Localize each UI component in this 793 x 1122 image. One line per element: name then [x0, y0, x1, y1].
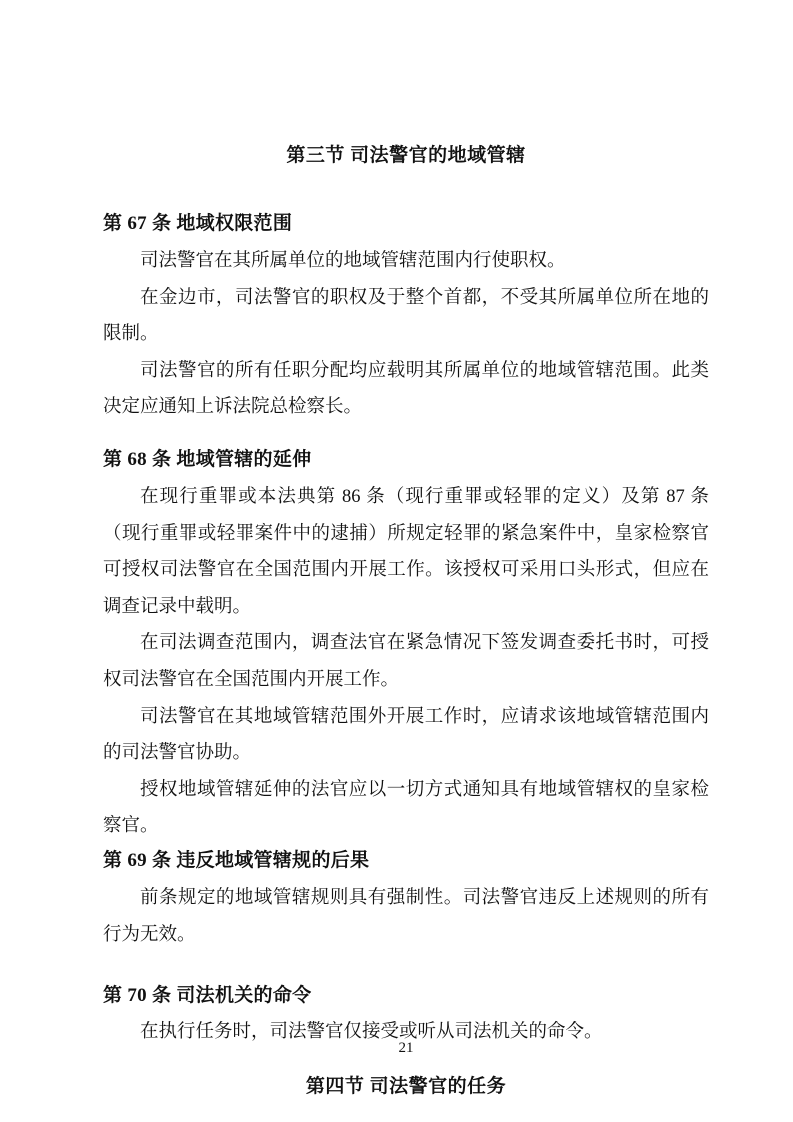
article-68-paragraph-2: 在司法调查范围内，调查法官在紧急情况下签发调查委托书时，可授权司法警官在全国范围… [103, 625, 709, 698]
article-68-paragraph-3: 司法警官在其地域管辖范围外开展工作时，应请求该地域管辖范围内的司法警官协助。 [103, 699, 709, 772]
article-68: 第 68 条 地域管辖的延伸 在现行重罪或本法典第 86 条（现行重罪或轻罪的定… [103, 449, 709, 845]
article-68-paragraph-1: 在现行重罪或本法典第 86 条（现行重罪或轻罪的定义）及第 87 条（现行重罪或… [103, 479, 709, 625]
article-67-body: 司法警官在其所属单位的地域管辖范围内行使职权。 在金边市，司法警官的职权及于整个… [103, 243, 709, 426]
article-67-paragraph-3: 司法警官的所有任职分配均应载明其所属单位的地域管辖范围。此类决定应通知上诉法院总… [103, 353, 709, 426]
article-67-paragraph-2: 在金边市，司法警官的职权及于整个首都，不受其所属单位所在地的限制。 [103, 280, 709, 353]
section-4-title: 第四节 司法警官的任务 [103, 1077, 709, 1097]
article-68-heading: 第 68 条 地域管辖的延伸 [103, 449, 709, 470]
article-69-heading: 第 69 条 违反地域管辖规的后果 [103, 850, 709, 871]
document-page: 第三节 司法警官的地域管辖 第 67 条 地域权限范围 司法警官在其所属单位的地… [0, 0, 793, 1122]
page-number: 21 [103, 1038, 709, 1058]
article-69-paragraph-1: 前条规定的地域管辖规则具有强制性。司法警官违反上述规则的所有行为无效。 [103, 880, 709, 953]
article-69: 第 69 条 违反地域管辖规的后果 前条规定的地域管辖规则具有强制性。司法警官违… [103, 850, 709, 953]
article-70-heading: 第 70 条 司法机关的命令 [103, 985, 709, 1006]
article-68-paragraph-4: 授权地域管辖延伸的法官应以一切方式通知具有地域管辖权的皇家检察官。 [103, 772, 709, 845]
article-67-paragraph-1: 司法警官在其所属单位的地域管辖范围内行使职权。 [103, 243, 709, 280]
article-68-body: 在现行重罪或本法典第 86 条（现行重罪或轻罪的定义）及第 87 条（现行重罪或… [103, 479, 709, 845]
section-3-title: 第三节 司法警官的地域管辖 [103, 146, 709, 166]
article-69-body: 前条规定的地域管辖规则具有强制性。司法警官违反上述规则的所有行为无效。 [103, 880, 709, 953]
article-67: 第 67 条 地域权限范围 司法警官在其所属单位的地域管辖范围内行使职权。 在金… [103, 213, 709, 426]
article-67-heading: 第 67 条 地域权限范围 [103, 213, 709, 234]
